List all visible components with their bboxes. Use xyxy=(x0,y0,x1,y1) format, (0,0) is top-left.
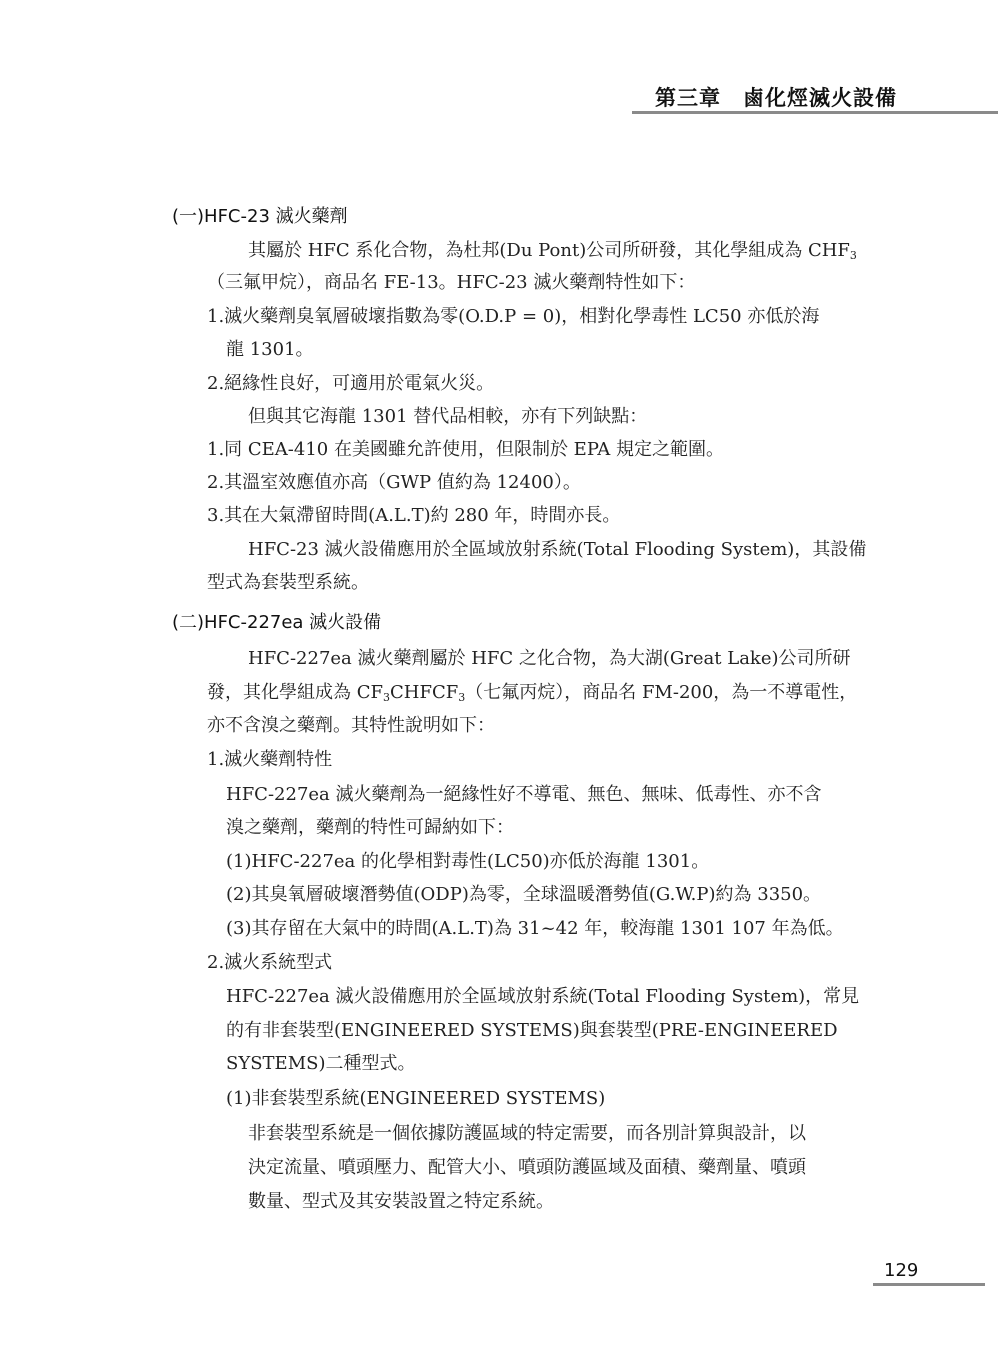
list-item: 1.同 CEA-410 在美國雖允許使用，但限制於 EPA 規定之範圍。 xyxy=(207,438,724,462)
section-heading-hfc227ea: (二)HFC-227ea 滅火設備 xyxy=(172,611,381,635)
header-divider xyxy=(632,111,998,114)
paragraph-line: 的有非套裝型(ENGINEERED SYSTEMS)與套裝型(PRE-ENGIN… xyxy=(226,1019,838,1043)
subsection-title: 2.滅火系統型式 xyxy=(207,951,332,975)
paragraph-line: （三氟甲烷），商品名 FE-13。HFC-23 滅火藥劑特性如下： xyxy=(207,271,695,295)
paragraph-line: HFC-227ea 滅火藥劑屬於 HFC 之化合物，為大湖(Great Lake… xyxy=(248,647,851,671)
list-item-title: (1)非套裝型系統(ENGINEERED SYSTEMS) xyxy=(226,1087,605,1111)
footer-divider xyxy=(873,1283,985,1286)
list-item-continuation: 龍 1301。 xyxy=(226,338,314,362)
paragraph-line: 非套裝型系統是一個依據防護區域的特定需要，而各別計算與設計，以 xyxy=(248,1122,806,1146)
subsection-title: 1.滅火藥劑特性 xyxy=(207,748,332,772)
chapter-number: 第三章 xyxy=(655,86,721,110)
chapter-name: 鹵化烴滅火設備 xyxy=(743,86,897,110)
paragraph-line: 溴之藥劑，藥劑的特性可歸納如下： xyxy=(226,816,514,840)
list-item: (3)其存留在大氣中的時間(A.L.T)為 31~42 年，較海龍 1301 1… xyxy=(226,917,844,941)
list-item: 2.其溫室效應值亦高（GWP 值約為 12400）。 xyxy=(207,471,581,495)
paragraph-line: HFC-227ea 滅火藥劑為一絕緣性好不導電、無色、無味、低毒性、亦不含 xyxy=(226,783,822,807)
list-item: 1.滅火藥劑臭氧層破壞指數為零(O.D.P = 0)，相對化學毒性 LC50 亦… xyxy=(207,305,819,329)
list-item: (2)其臭氧層破壞潛勢值(ODP)為零，全球溫暖潛勢值(G.W.P)約為 335… xyxy=(226,883,821,907)
section-heading-hfc23: (一)HFC-23 滅火藥劑 xyxy=(172,205,348,229)
list-item: (1)HFC-227ea 的化學相對毒性(LC50)亦低於海龍 1301。 xyxy=(226,850,709,874)
paragraph-line: 決定流量、噴頭壓力、配管大小、噴頭防護區域及面積、藥劑量、噴頭 xyxy=(248,1156,806,1180)
paragraph-line: 其屬於 HFC 系化合物，為杜邦(Du Pont)公司所研發，其化學組成為 CH… xyxy=(248,239,857,268)
paragraph-line: HFC-227ea 滅火設備應用於全區域放射系統(Total Flooding … xyxy=(226,985,859,1009)
page-number: 129 xyxy=(884,1260,918,1281)
paragraph-line: HFC-23 滅火設備應用於全區域放射系統(Total Flooding Sys… xyxy=(248,538,866,562)
paragraph-line: 但與其它海龍 1301 替代品相較，亦有下列缺點： xyxy=(248,405,647,429)
list-item: 3.其在大氣滯留時間(A.L.T)約 280 年，時間亦長。 xyxy=(207,504,620,528)
chapter-title: 第三章鹵化烴滅火設備 xyxy=(655,82,897,112)
paragraph-line: 型式為套裝型系統。 xyxy=(207,571,369,595)
list-item: 2.絕緣性良好，可適用於電氣火災。 xyxy=(207,372,494,396)
paragraph-line: 亦不含溴之藥劑。其特性說明如下： xyxy=(207,714,495,738)
paragraph-line: 發，其化學組成為 CF3CHFCF3（七氟丙烷），商品名 FM-200，為一不導… xyxy=(207,681,857,710)
paragraph-line: SYSTEMS)二種型式。 xyxy=(226,1052,415,1076)
paragraph-line: 數量、型式及其安裝設置之特定系統。 xyxy=(248,1190,554,1214)
